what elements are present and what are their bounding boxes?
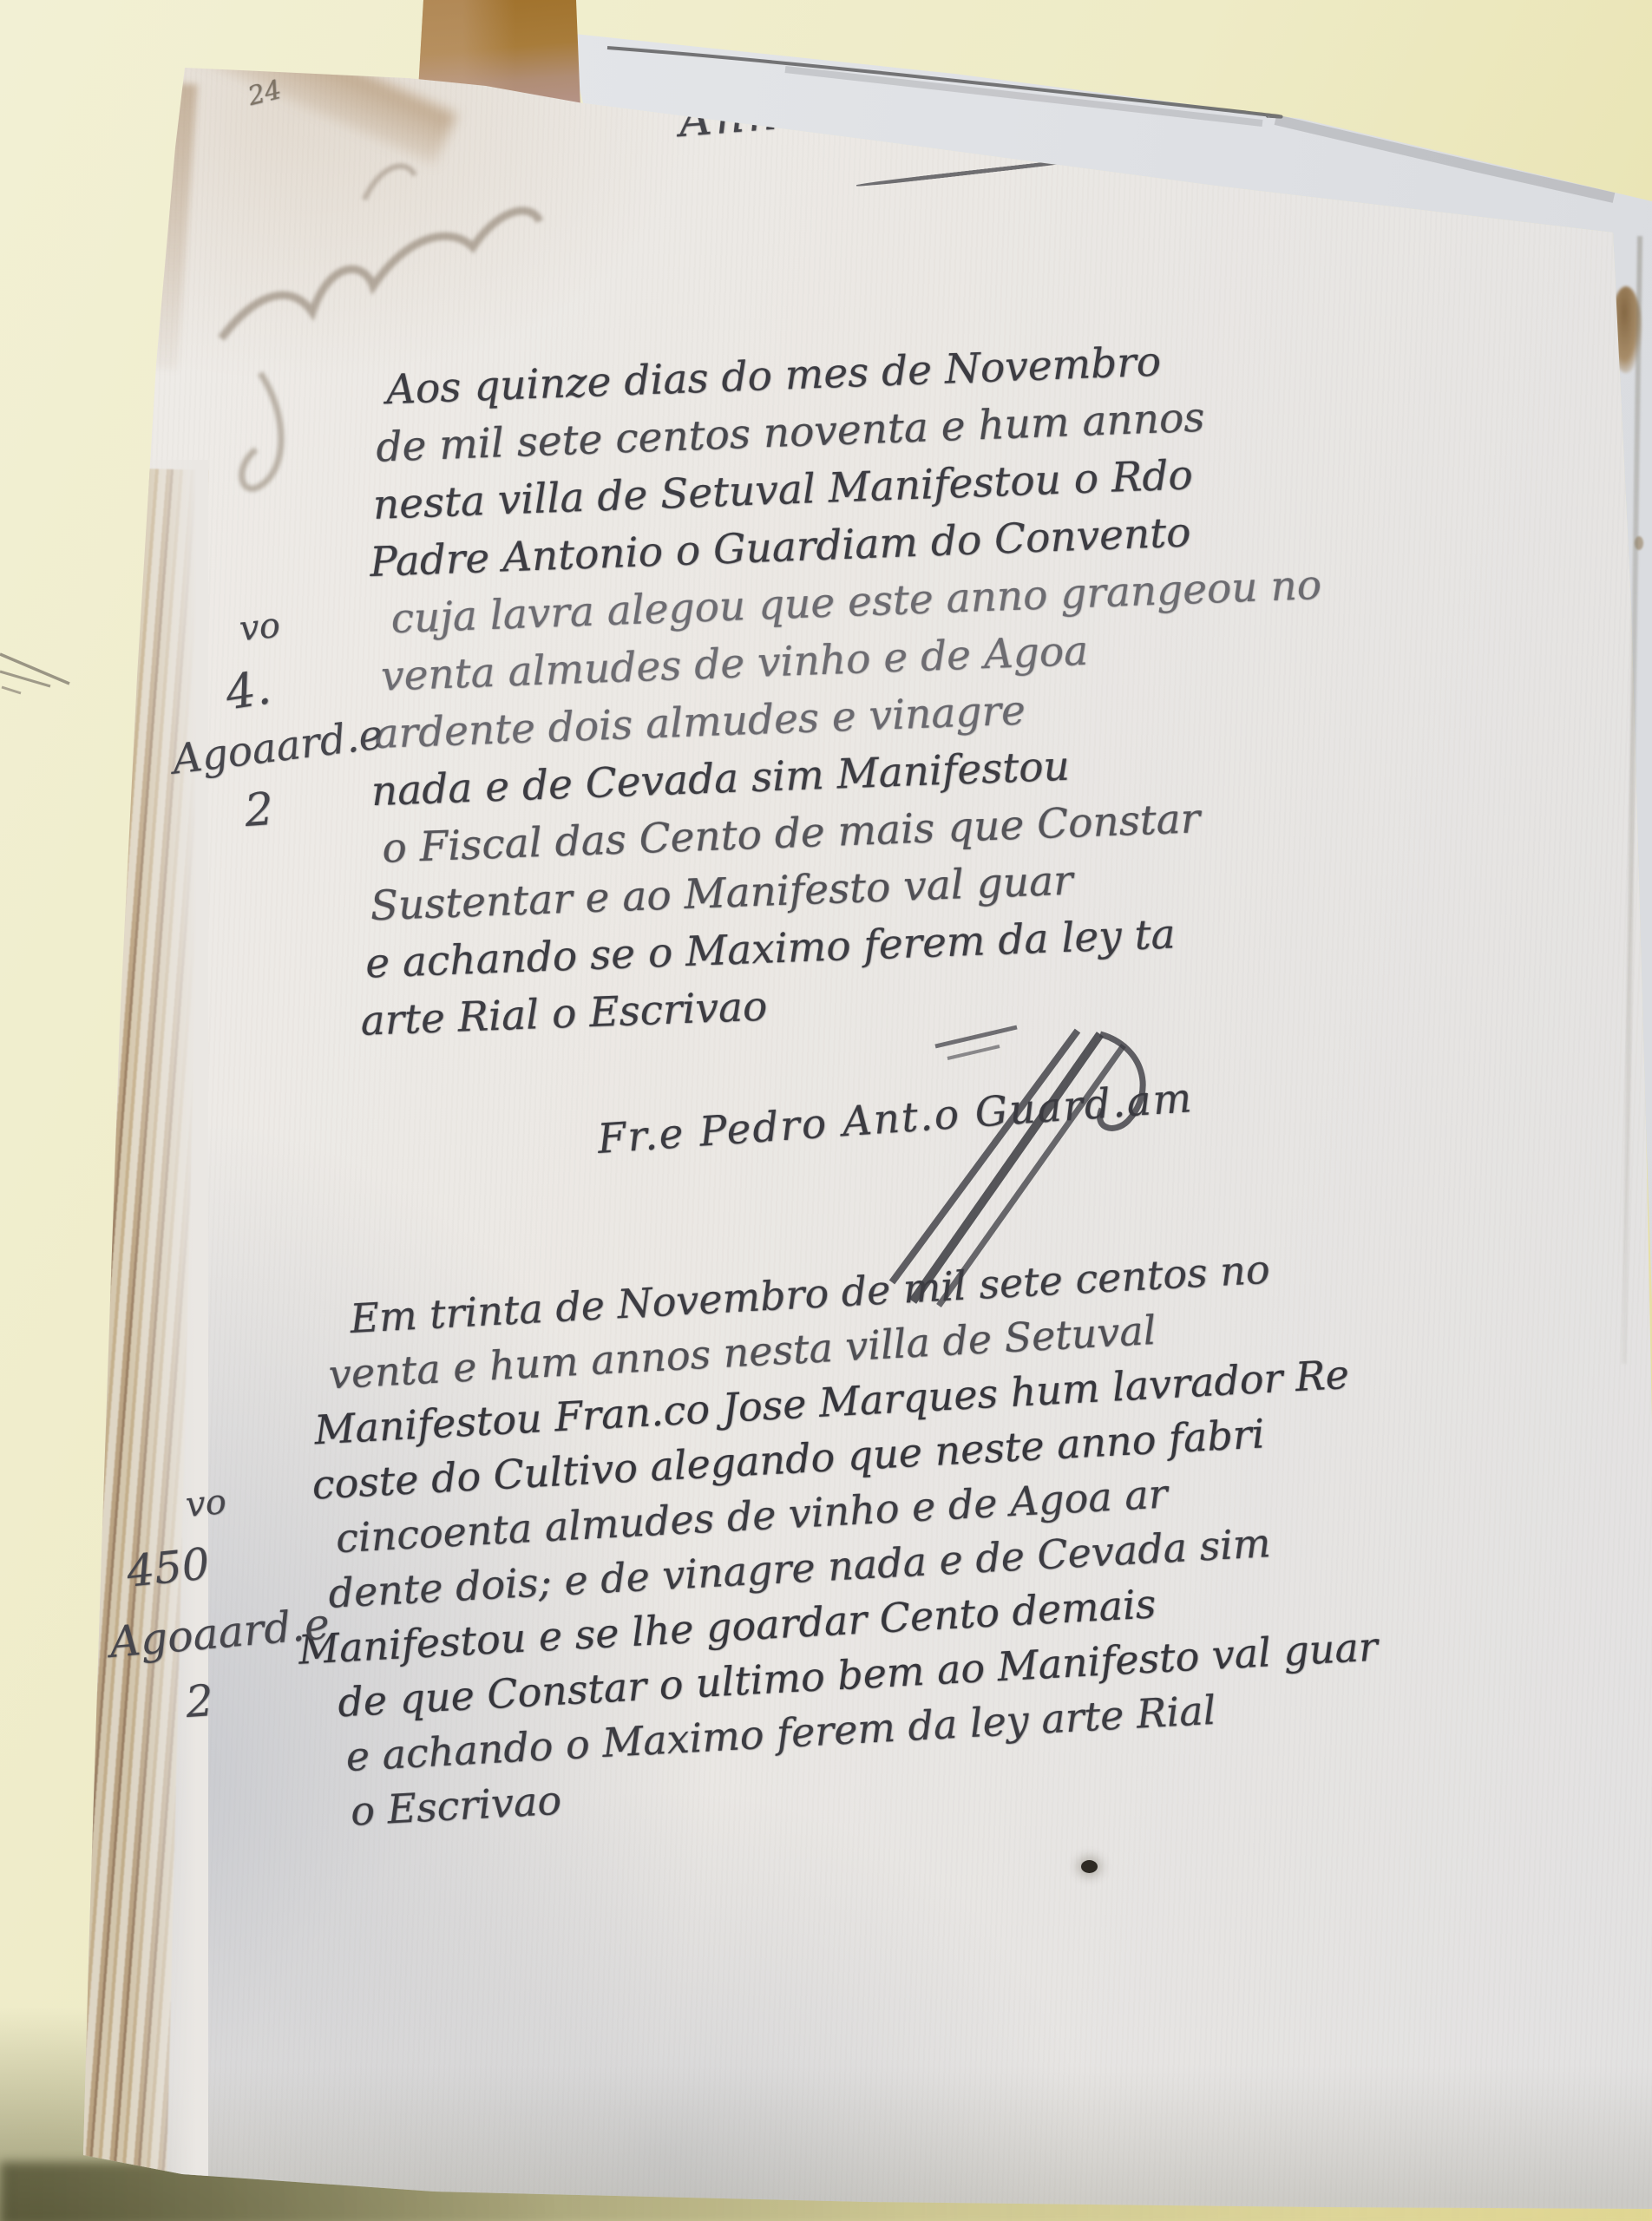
edge-stain <box>152 82 198 370</box>
ink-blot <box>1081 1860 1098 1873</box>
page-number: 24 <box>245 75 285 112</box>
entry-2: Em trinta de Novembro de mil sete centos… <box>323 1237 1385 1839</box>
margin-note: vo <box>238 606 282 650</box>
book-spine-fade <box>130 460 208 2182</box>
margin-note: 2 <box>184 1675 215 1727</box>
margin-note: vo <box>184 1482 228 1525</box>
manuscript-page: 24 Anno de 1791 Aos quinze dias do mes d… <box>0 0 1652 2221</box>
friar-signature: Fr.e Pedro Ant.o Guard.am <box>596 1074 1195 1163</box>
entry-1: Aos quinze dias do mes de Novembro de mi… <box>356 328 1337 1050</box>
margin-note: 4. <box>221 659 274 720</box>
photo-scene: 24 Anno de 1791 Aos quinze dias do mes d… <box>0 0 1652 2221</box>
margin-note: 450 <box>124 1538 212 1597</box>
margin-note: 2 <box>243 783 275 837</box>
